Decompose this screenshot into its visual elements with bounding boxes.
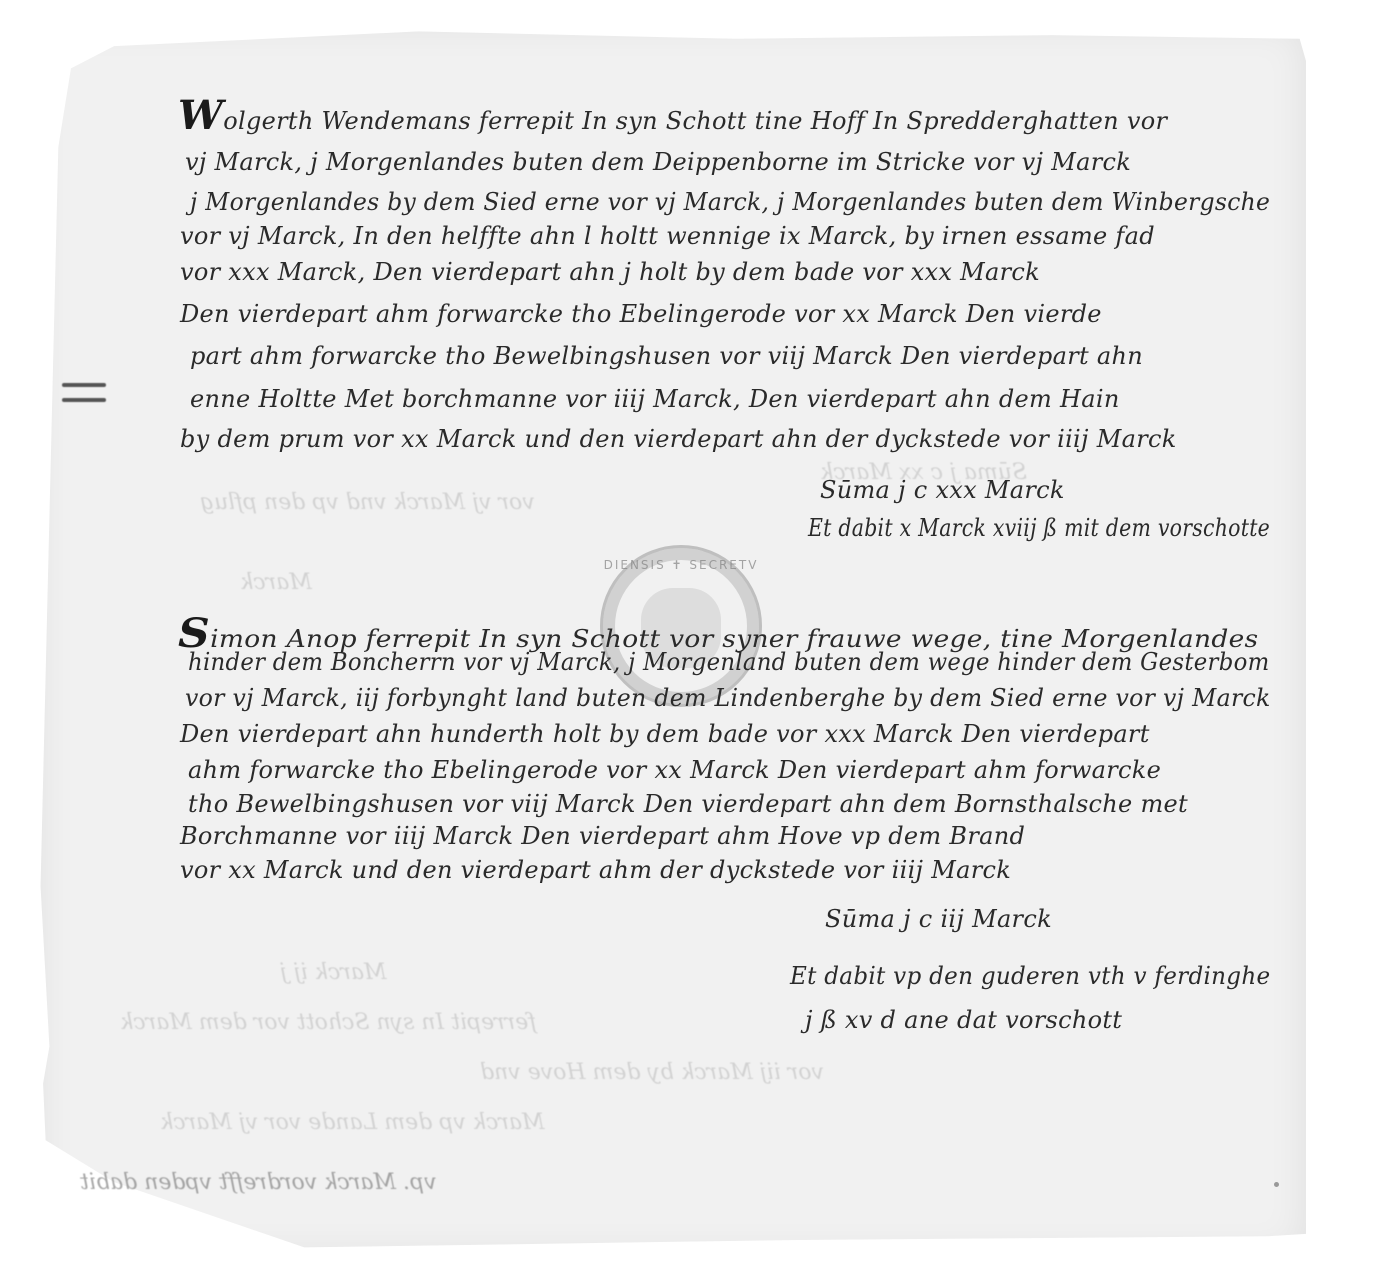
bleed-through-text: vor iij Marck by dem Hove vnd [480, 1060, 824, 1085]
sum-value: j c iij Marck [903, 905, 1052, 933]
margin-mark [62, 398, 106, 402]
bleed-through-text: Marck ij j [280, 960, 386, 985]
bleed-through-text: vor vj Marck vnd vp den pflug [200, 490, 535, 515]
entry-1-line: enne Holtte Met borchmanne vor iiij Marc… [190, 385, 1120, 413]
paper-spot [1274, 1182, 1279, 1187]
entry-1-line: vor vj Marck, In den helffte ahn l holtt… [180, 222, 1155, 250]
entry-2-line: tho Bewelbingshusen vor viij Marck Den v… [188, 790, 1188, 818]
entry-2-line: Borchmanne vor iiij Marck Den vierdepart… [180, 822, 1025, 850]
entry-2-line: Den vierdepart ahn hunderth holt by dem … [180, 720, 1150, 748]
entry-1-line: part ahm forwarcke tho Bewelbingshusen v… [190, 342, 1143, 370]
entry-2-line: vor xx Marck und den vierdepart ahm der … [180, 856, 1011, 884]
entry-1-line: by dem prum vor xx Marck und den vierdep… [180, 425, 1177, 453]
entry-1-line: vj Marck, j Morgenlandes buten dem Deipp… [185, 148, 1131, 176]
entry-2-sum: Sūma j c iij Marck [825, 905, 1052, 933]
seal-legend: DIENSIS ✝ SECRETV [603, 558, 759, 572]
bleed-through-text: Marck vp dem Lande vor vj Marck [160, 1110, 545, 1135]
sum-label: Sūma [820, 476, 890, 504]
entry-1-line: vor xxx Marck, Den vierdepart ahn j holt… [180, 258, 1040, 286]
entry-2-line: vor vj Marck, iij forbynght land buten d… [185, 684, 1271, 712]
entry-2-payment: Et dabit vp den guderen vth v ferdinghe [790, 962, 1270, 990]
sum-value: j c xxx Marck [898, 476, 1065, 504]
entry-1-line: Wolgerth Wendemans ferrepit In syn Schot… [178, 92, 1258, 139]
entry-2-line: hinder dem Boncherrn vor vj Marck, j Mor… [188, 648, 1269, 676]
bleed-through-text: ferrepit In syn Schott vor dem Marck [120, 1010, 536, 1035]
bleed-through-text: Marck [240, 570, 312, 595]
entry-2-line: ahm forwarcke tho Ebelingerode vor xx Ma… [188, 756, 1161, 784]
entry-1-payment: Et dabit x Marck xviij ß mit dem vorscho… [808, 514, 1270, 542]
sum-label: Sūma [825, 905, 895, 933]
entry-1-line: Den vierdepart ahm forwarcke tho Ebeling… [180, 300, 1102, 328]
bleed-through-text: vp. Marck vordrefft vpden dabit [80, 1170, 436, 1195]
entry-1-sum: Sūma j c xxx Marck [820, 476, 1065, 504]
margin-mark [62, 383, 106, 387]
entry-1-line: j Morgenlandes by dem Sied erne vor vj M… [190, 188, 1270, 216]
entry-2-payment-2: j ß xv d ane dat vorschott [805, 1006, 1122, 1034]
